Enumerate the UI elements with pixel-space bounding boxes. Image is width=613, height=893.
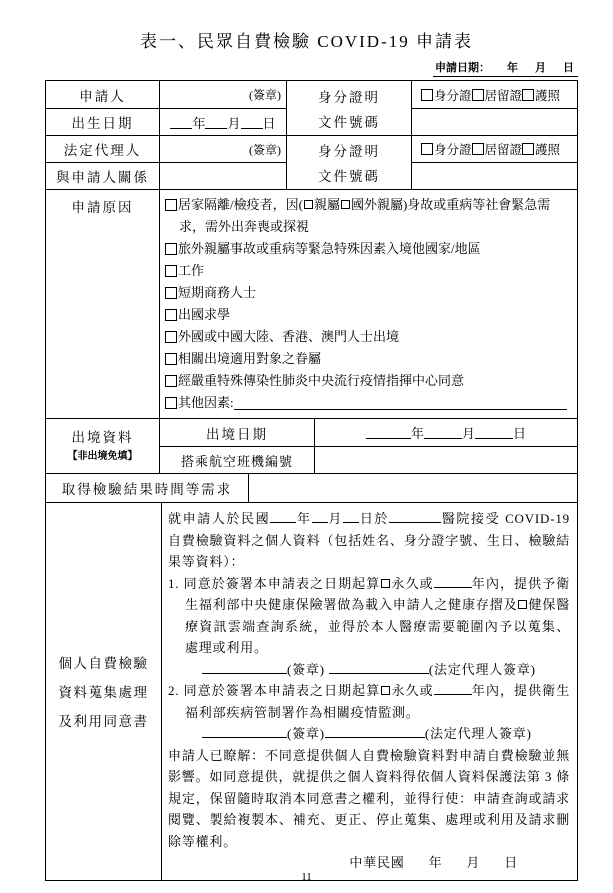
reason-option-foreign-departure: 外國或中國大陸、香港、澳門人士出境	[165, 326, 571, 348]
id-card-label: 身分證	[434, 86, 472, 104]
checkbox-reason-study-abroad[interactable]	[165, 309, 177, 321]
reason-text: 經嚴重特殊傳染性肺炎中央流行疫情指揮中心同意	[178, 373, 464, 388]
signature-note: (簽章)	[287, 662, 325, 677]
id-proof-doc-number-label: 身分證明 文件號碼	[286, 81, 411, 135]
reason-option-cecc-approved: 經嚴重特殊傳染性肺炎中央流行疫情指揮中心同意	[165, 370, 571, 392]
consent-intro: 就申請人於民國年月日於醫院接受 COVID-19 自費檢驗資料之個人資料（包括姓…	[168, 508, 570, 573]
legal-rep-signature-note: (法定代理人簽章)	[425, 726, 532, 741]
departure-year-blank[interactable]	[366, 426, 411, 439]
checkbox-applicant-id-card[interactable]	[421, 89, 433, 101]
reason-text: 出國求學	[178, 307, 230, 322]
reason-option-business: 短期商務人士	[165, 282, 571, 304]
checkbox-reason-home-quarantine[interactable]	[165, 199, 177, 211]
checkbox-permanent-1[interactable]	[381, 579, 390, 588]
reason-text: 短期商務人士	[178, 285, 256, 300]
checkbox-reason-other[interactable]	[165, 397, 177, 409]
consent-label: 個人自費檢驗 資料蒐集處理 及利用同意書	[46, 503, 161, 880]
flight-number-label: 搭乘航空班機編號	[159, 446, 314, 473]
legal-rep-label: 法定代理人	[46, 135, 159, 162]
signature-note: (簽章)	[287, 726, 325, 741]
reason-text: 工作	[178, 263, 204, 278]
departure-section: 出境資料 【非出境免填】 出境日期 年月日 搭乘航空班機編號	[46, 418, 577, 473]
legal-rep-signature-blank[interactable]	[329, 661, 429, 674]
consent-month-blank[interactable]	[312, 510, 328, 523]
birth-day-unit: 日	[263, 113, 276, 132]
passport-label: 護照	[535, 86, 560, 104]
birth-day-blank[interactable]	[241, 116, 263, 129]
date-day-label: 日	[563, 62, 574, 74]
application-date-row: 申請日期：年月日	[45, 59, 578, 77]
birth-year-unit: 年	[192, 113, 205, 132]
applicant-label: 申請人	[46, 81, 159, 108]
departure-day-unit: 日	[513, 423, 526, 442]
departure-day-blank[interactable]	[475, 426, 513, 439]
reason-option-other: 其他因素:	[165, 392, 571, 414]
consent-text: 2. 同意於簽署本申請表之日期起算	[168, 683, 380, 698]
reason-option-overseas-emergency: 旅外親屬事故或重病等緊急特殊因素入境他國家/地區	[165, 238, 571, 260]
other-reason-blank[interactable]	[234, 396, 567, 410]
reason-text: 旅外親屬事故或重病等緊急特殊因素入境他國家/地區	[178, 241, 481, 256]
consent-text: 1. 同意於簽署本申請表之日期起算	[168, 576, 380, 591]
birth-date-label: 出生日期	[46, 108, 159, 135]
reason-label: 申請原因	[46, 190, 159, 418]
consent-text: 就申請人於民國	[168, 511, 270, 526]
consent-item-1: 1. 同意於簽署本申請表之日期起算永久或年內，提供予衛生福利部中央健康保險署做為…	[168, 573, 570, 659]
result-time-label: 取得檢驗結果時間等需求	[46, 474, 248, 502]
roc-day-unit: 日	[504, 855, 518, 870]
roc-month-unit: 月	[466, 855, 480, 870]
roc-era-label: 中華民國	[349, 855, 404, 870]
checkbox-reason-work[interactable]	[165, 265, 177, 277]
signature-note: (簽章)	[249, 141, 281, 158]
roc-year-unit: 年	[429, 855, 443, 870]
relation-label: 與申請人關係	[46, 162, 159, 189]
application-date-label: 申請日期：	[435, 62, 490, 74]
years-blank-1[interactable]	[434, 575, 472, 588]
page-number: 11	[0, 871, 613, 883]
signature-note: (簽章)	[249, 86, 281, 103]
consent-body: 就申請人於民國年月日於醫院接受 COVID-19 自費檢驗資料之個人資料（包括姓…	[161, 503, 577, 880]
consent-label-line: 資料蒐集處理	[59, 681, 149, 701]
applicant-doc-number-field[interactable]	[411, 108, 577, 135]
birth-month-unit: 月	[227, 113, 240, 132]
application-form-table: 申請人 (簽章) 身分證明 文件號碼 身分證居留證護照 出生日期 年月日 法定代…	[45, 80, 578, 881]
doc-number-label: 文件號碼	[318, 165, 380, 185]
result-time-section: 取得檢驗結果時間等需求	[46, 473, 577, 502]
year-unit: 年	[296, 511, 311, 526]
departure-label-note: 【非出境免填】	[68, 449, 138, 465]
checkbox-permanent-2[interactable]	[381, 686, 390, 695]
reason-option-study-abroad: 出國求學	[165, 304, 571, 326]
resident-cert-label: 居留證	[485, 86, 523, 104]
reason-options: 居家隔離/檢疫者，因(親屬國外親屬)身故或重病等社會緊急需求，需外出奔喪或探視 …	[159, 190, 577, 418]
departure-date-label: 出境日期	[159, 419, 314, 446]
checkbox-applicant-resident-cert[interactable]	[472, 89, 484, 101]
resident-cert-label: 居留證	[485, 140, 523, 158]
passport-label: 護照	[535, 140, 560, 158]
applicant-id-type-options: 身分證居留證護照	[411, 81, 577, 108]
checkbox-nhi-cloud-system[interactable]	[518, 600, 527, 609]
legal-rep-id-type-options: 身分證居留證護照	[411, 135, 577, 162]
reason-option-work: 工作	[165, 260, 571, 282]
birth-date-field[interactable]: 年月日	[159, 108, 286, 135]
birth-year-blank[interactable]	[170, 116, 192, 129]
legal-rep-doc-number-field[interactable]	[411, 162, 577, 189]
departure-date-field[interactable]: 年月日	[314, 419, 577, 446]
signature-blank[interactable]	[202, 661, 287, 674]
reason-option-dependents: 相關出境適用對象之眷屬	[165, 348, 571, 370]
legal-rep-signature-field[interactable]: (簽章)	[159, 135, 286, 162]
relation-field[interactable]	[159, 162, 286, 189]
id-proof-label: 身分證明	[318, 140, 380, 160]
consent-day-blank[interactable]	[343, 510, 359, 523]
checkbox-applicant-passport[interactable]	[522, 89, 534, 101]
departure-year-unit: 年	[411, 423, 424, 442]
birth-month-blank[interactable]	[205, 116, 227, 129]
relative-label: 親屬	[314, 197, 340, 212]
day-unit: 日於	[359, 511, 389, 526]
departure-month-unit: 月	[462, 423, 475, 442]
id-card-label: 身分證	[434, 140, 472, 158]
consent-section: 個人自費檢驗 資料蒐集處理 及利用同意書 就申請人於民國年月日於醫院接受 COV…	[46, 502, 577, 880]
consent-closing: 申請人已瞭解：不同意提供個人自費檢驗資料對申請自費檢驗並無影響。如同意提供，就提…	[168, 745, 570, 853]
id-proof-label: 身分證明	[318, 86, 380, 106]
applicant-section: 申請人 (簽章) 身分證明 文件號碼 身分證居留證護照 出生日期 年月日 法定代…	[46, 81, 577, 189]
checkbox-reason-dependents[interactable]	[165, 353, 177, 365]
consent-label-line: 及利用同意書	[59, 710, 149, 730]
checkbox-reason-overseas-emergency[interactable]	[165, 243, 177, 255]
application-form-page: 表一、民眾自費檢驗 COVID-19 申請表 申請日期：年月日 申請人 (簽章)…	[0, 0, 613, 893]
signature-blank[interactable]	[202, 725, 287, 738]
reason-option-home-quarantine: 居家隔離/檢疫者，因(親屬國外親屬)身故或重病等社會緊急需求，需外出奔喪或探視	[165, 194, 571, 238]
checkbox-reason-foreign-departure[interactable]	[165, 331, 177, 343]
years-blank-2[interactable]	[434, 682, 472, 695]
consent-item-2: 2. 同意於簽署本申請表之日期起算永久或年內，提供衛生福利部疾病管制署作為相關疫…	[168, 680, 570, 723]
departure-label: 出境資料 【非出境免填】	[46, 419, 159, 473]
departure-label-text: 出境資料	[72, 427, 134, 449]
checkbox-reason-business[interactable]	[165, 287, 177, 299]
checkbox-legal-rep-passport[interactable]	[522, 143, 534, 155]
consent-label-line: 個人自費檢驗	[59, 652, 149, 672]
departure-month-blank[interactable]	[424, 426, 462, 439]
checkbox-relative[interactable]	[304, 200, 313, 209]
date-month-label: 月	[535, 62, 546, 74]
reason-text: 相關出境適用對象之眷屬	[178, 351, 321, 366]
reason-text: 外國或中國大陸、香港、澳門人士出境	[178, 329, 399, 344]
page-title: 表一、民眾自費檢驗 COVID-19 申請表	[0, 0, 613, 52]
hospital-name-blank[interactable]	[389, 510, 441, 523]
applicant-signature-field[interactable]: (簽章)	[159, 81, 286, 108]
other-reason-label: 其他因素:	[178, 392, 234, 414]
legal-rep-signature-blank[interactable]	[325, 725, 425, 738]
id-proof-doc-number-label: 身分證明 文件號碼	[286, 135, 411, 189]
consent-year-blank[interactable]	[270, 510, 296, 523]
flight-number-field[interactable]	[314, 446, 577, 473]
consent-text: 永久或	[391, 576, 433, 591]
reason-text: 居家隔離/檢疫者，因(	[178, 197, 303, 212]
date-year-label: 年	[507, 62, 518, 74]
result-time-field[interactable]	[248, 474, 577, 502]
doc-number-label: 文件號碼	[318, 111, 380, 131]
legal-rep-signature-note: (法定代理人簽章)	[429, 662, 536, 677]
month-unit: 月	[328, 511, 343, 526]
reason-section: 申請原因 居家隔離/檢疫者，因(親屬國外親屬)身故或重病等社會緊急需求，需外出奔…	[46, 189, 577, 418]
consent-text: 永久或	[391, 683, 433, 698]
application-date-field[interactable]: 申請日期：年月日	[433, 59, 578, 77]
checkbox-legal-rep-resident-cert[interactable]	[472, 143, 484, 155]
consent-signature-line-2: (簽章)(法定代理人簽章)	[168, 723, 570, 745]
checkbox-reason-cecc-approved[interactable]	[165, 375, 177, 387]
consent-signature-line-1: (簽章) (法定代理人簽章)	[168, 659, 570, 681]
checkbox-overseas-relative[interactable]	[341, 200, 350, 209]
checkbox-legal-rep-id-card[interactable]	[421, 143, 433, 155]
